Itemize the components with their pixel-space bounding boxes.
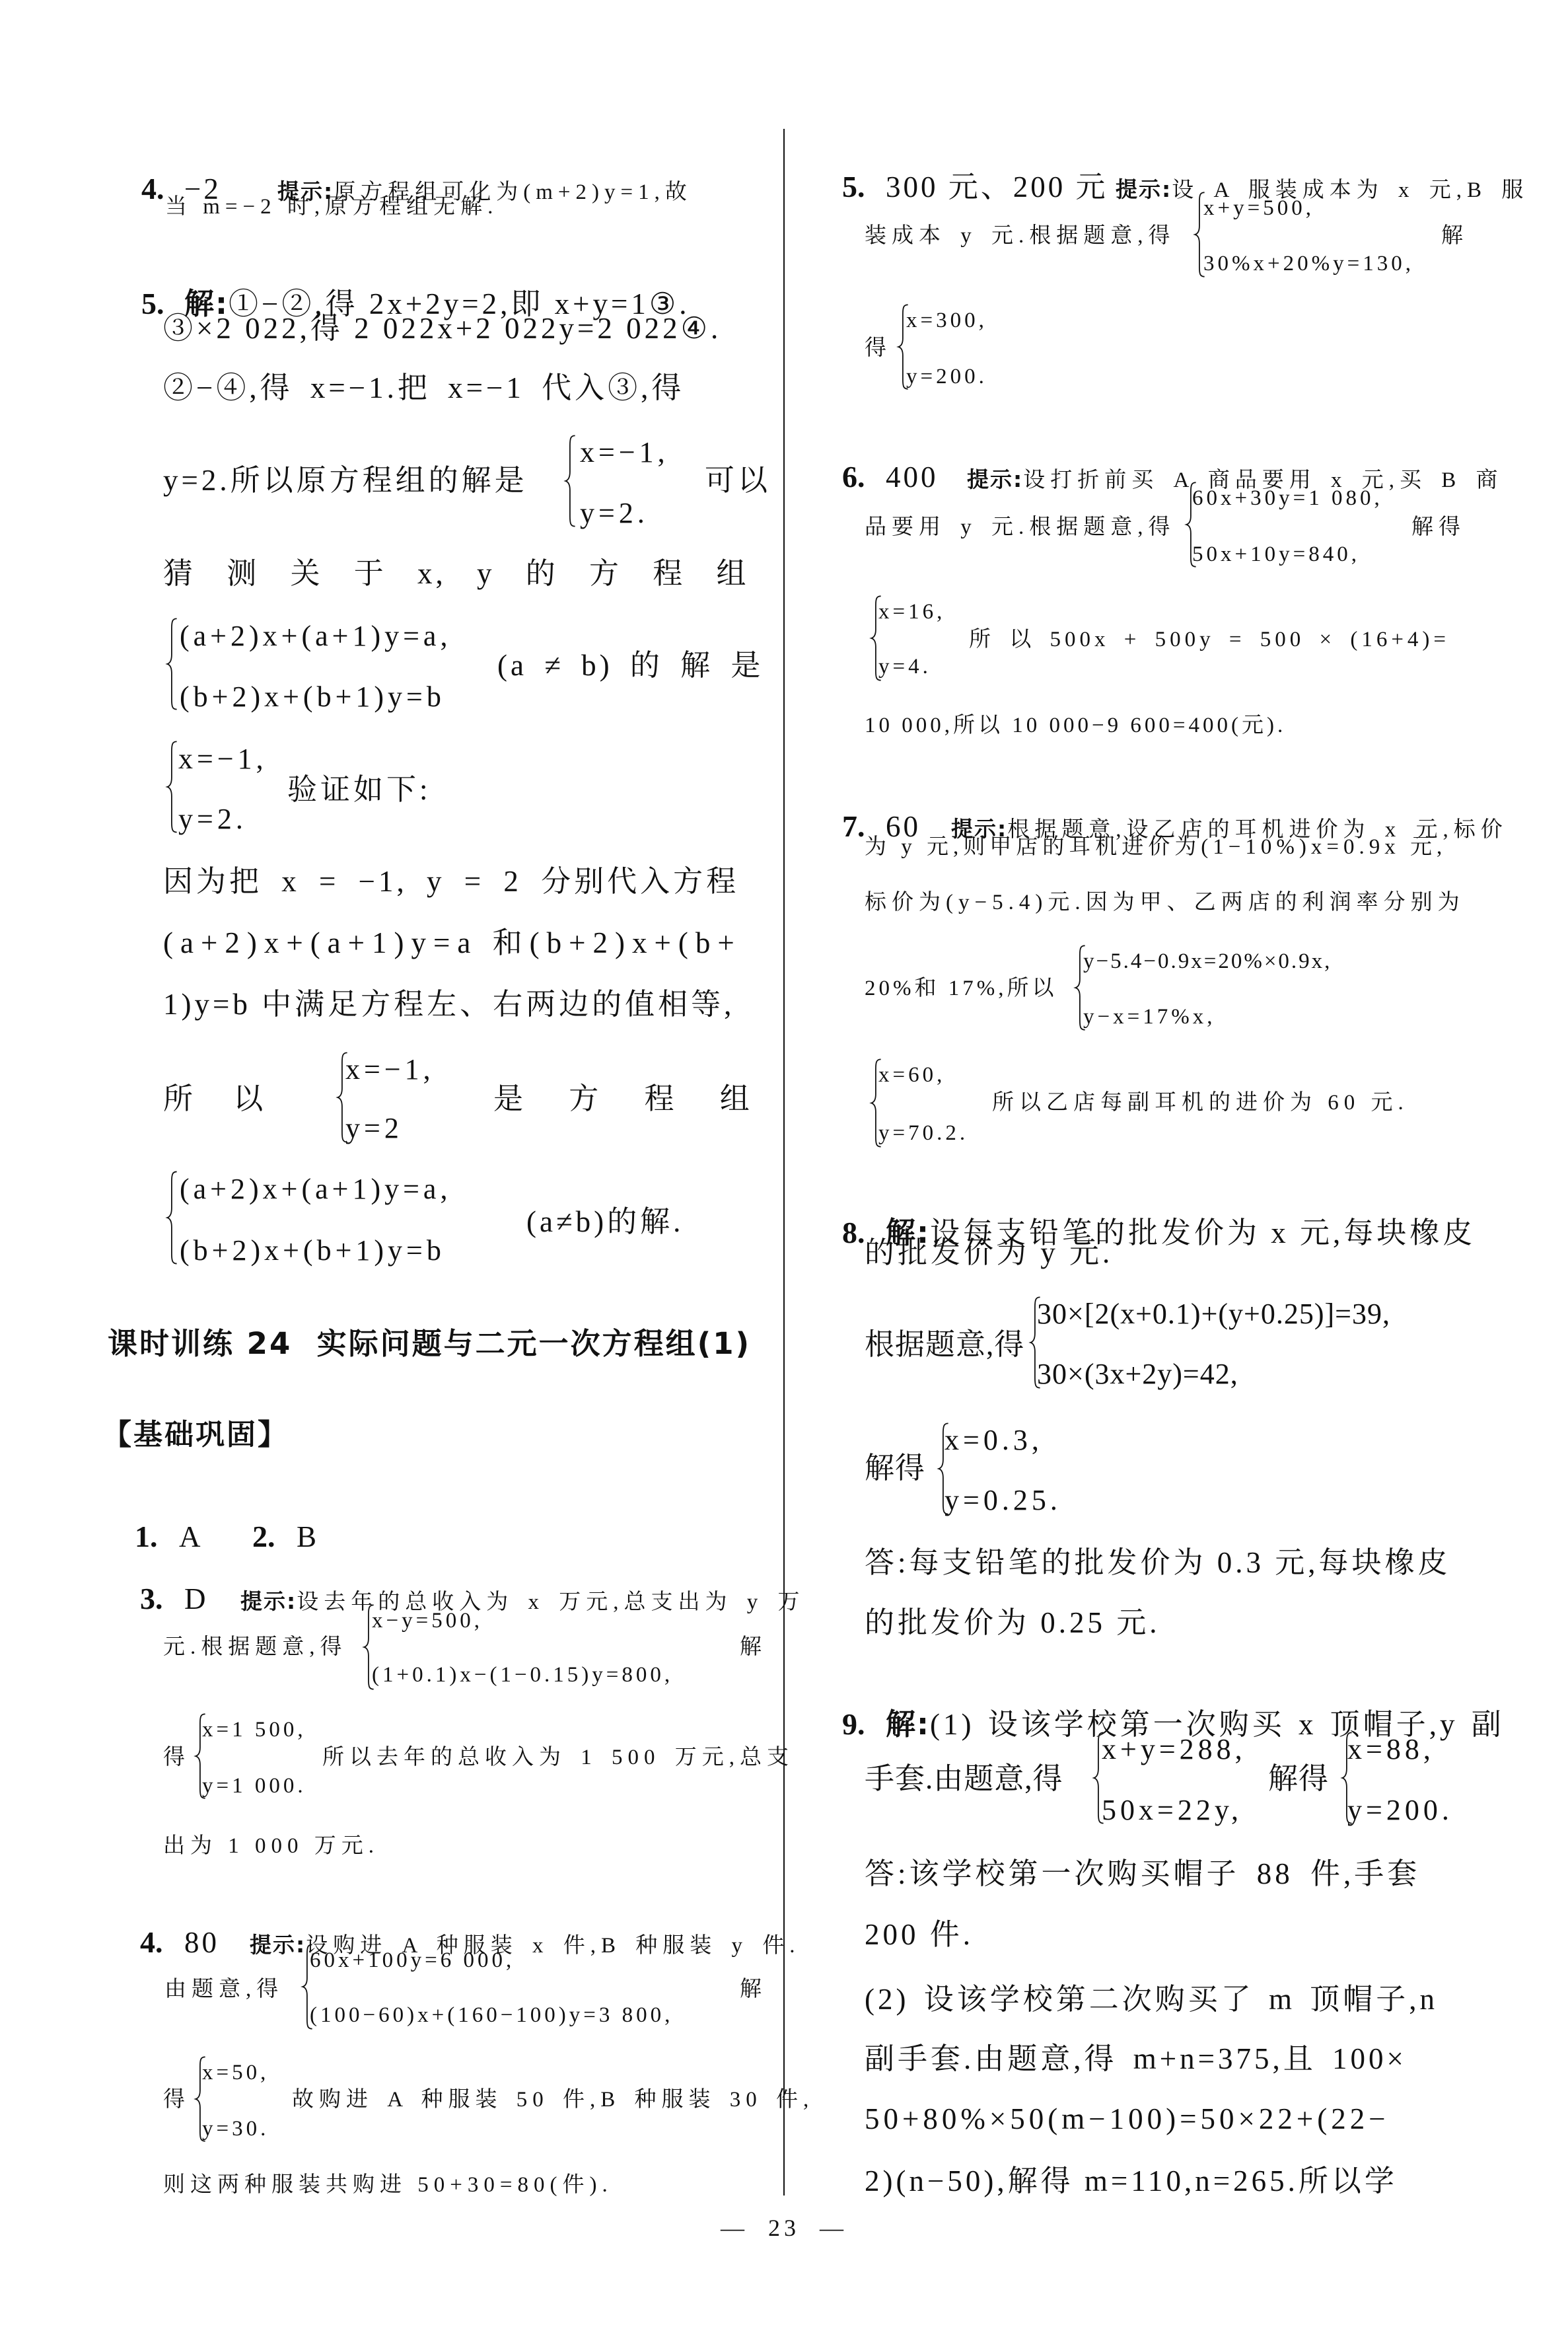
system-prefix: 得 xyxy=(865,328,892,368)
equation-2: y=200. xyxy=(906,357,987,396)
equation-2: y=2 xyxy=(345,1109,403,1148)
equation-1: (a+2)x+(a+1)y=a, xyxy=(180,616,451,656)
left-brace-icon xyxy=(165,1171,180,1265)
equation-1: x=300, xyxy=(906,301,987,340)
hint-label: 提示: xyxy=(1116,176,1172,202)
equation-2: y=70.2. xyxy=(878,1113,968,1153)
equation-1: x=−1, xyxy=(178,739,267,779)
equation-1: y−5.4−0.9x=20%×0.9x, xyxy=(1083,941,1332,981)
system-prefix: y=2.所以原方程组的解是 xyxy=(163,461,528,500)
system-prefix: 得 xyxy=(163,1738,190,1777)
question-number: 6. xyxy=(842,457,886,497)
equation-2: 30×(3x+2y)=42, xyxy=(1037,1354,1238,1394)
system-suffix: 所 以 500x + 500y = 500 × (16+4)= xyxy=(969,620,1450,659)
equation-2: (1+0.1)x−(1−0.15)y=800, xyxy=(372,1655,673,1695)
question-number: 4. xyxy=(140,1923,184,1962)
equation-2: (100−60)x+(160−100)y=3 800, xyxy=(310,1995,673,2035)
q7-line-1: 7.60提示:根据题意,设乙店的耳机进价为 x 元,标价 xyxy=(821,767,1508,807)
q9-part2-line-3: 50+80%×50(m−100)=50×22+(22− xyxy=(865,2099,1390,2139)
system-suffix: 解 xyxy=(1441,216,1468,256)
equation-2: y−x=17%x, xyxy=(1083,997,1215,1037)
page-number: — 23 — xyxy=(685,2208,883,2248)
equation-3: x=88, xyxy=(1347,1730,1435,1769)
equation-1: x=16, xyxy=(878,592,945,632)
equation-2: y=2. xyxy=(178,799,247,839)
system-suffix: 所以去年的总收入为 1 500 万元,总支 xyxy=(322,1738,794,1777)
system-prefix: 由题意,得 xyxy=(164,1970,283,2009)
left-brace-icon xyxy=(165,618,180,710)
question-number: 5. xyxy=(842,167,886,207)
answer: 300 元、200 元 xyxy=(886,167,1116,207)
q9-answer-2: 200 件. xyxy=(865,1915,974,1954)
system-prefix: 20%和 17%,所以 xyxy=(865,969,1057,1008)
q6-line-2: 10 000,所以 10 000−9 600=400(元). xyxy=(865,706,1286,745)
q9-part2-line-4: 2)(n−50),解得 m=110,n=265.所以学 xyxy=(865,2161,1398,2201)
answer-key-page: 4.−2提示:原方程组可化为(m+2)y=1,故 当 m=−2 时,原方程组无解… xyxy=(0,0,1568,2325)
equation-2: 50x=22y, xyxy=(1102,1790,1242,1830)
equation-1: x=1 500, xyxy=(202,1710,306,1750)
system-suffix: 解 xyxy=(740,1627,767,1667)
equation-2: (b+2)x+(b+1)y=b xyxy=(180,677,445,717)
system-prefix: 装成本 y 元.根据题意,得 xyxy=(865,216,1176,256)
q8-answer-1: 答:每支铅笔的批发价为 0.3 元,每块橡皮 xyxy=(865,1543,1451,1582)
equation-1: 60x+30y=1 080, xyxy=(1192,478,1383,518)
q5-line-3: ②−④,得 x=−1.把 x=−1 代入③,得 xyxy=(163,368,684,408)
equation-2: (b+2)x+(b+1)y=b xyxy=(180,1231,445,1271)
q5-line-5: 因为把 x = −1, y = 2 分别代入方程 xyxy=(163,862,739,901)
q7-line-2: 为 y 元,则甲店的耳机进价为(1−10%)x=0.9x 元, xyxy=(865,827,1446,867)
system-suffix: 解 xyxy=(740,1970,767,2009)
equation-1: x=−1, xyxy=(345,1050,435,1089)
q9-part2-line-2: 副手套.由题意,得 m+n=375,且 100× xyxy=(865,2039,1407,2079)
hint-label: 提示: xyxy=(240,1588,297,1614)
q5-line-7: 1)y=b 中满足方程左、右两边的值相等, xyxy=(163,984,734,1024)
solution-label: 解: xyxy=(886,1707,930,1742)
system-prefix: 解得 xyxy=(865,1448,925,1488)
equation-1: x+y=500, xyxy=(1203,188,1314,228)
q5-line-6: (a+2)x+(a+1)y=a 和(b+2)x+(b+ xyxy=(163,923,742,963)
q9-line-1: 9.解:(1) 设该学校第一次购买 x 顶帽子,y 副 xyxy=(821,1665,1505,1705)
q8-answer-2: 的批发价为 0.25 元. xyxy=(865,1603,1160,1642)
equation-2: y=30. xyxy=(202,2109,269,2149)
equation-2: y=4. xyxy=(878,647,931,686)
system-suffix: 可以 xyxy=(705,461,771,500)
system-suffix: (a ≠ b) 的 解 是 xyxy=(497,646,764,685)
equation-1: x=60, xyxy=(878,1055,945,1095)
equation-2: 30%x+20%y=130, xyxy=(1203,244,1414,283)
equation-1: x=−1, xyxy=(580,433,669,472)
left-brace-icon xyxy=(165,741,180,833)
equation-2: y=2. xyxy=(580,494,649,533)
equation-2: y=1 000. xyxy=(202,1766,306,1806)
b4-line-1: 4.80提示:设购进 A 种服装 x 件,B 种服装 y 件. xyxy=(119,1883,800,1923)
b3-line-2: 出为 1 000 万元. xyxy=(163,1826,379,1866)
equation-1: x=0.3, xyxy=(944,1421,1043,1460)
system-prefix: 品要用 y 元.根据题意,得 xyxy=(865,507,1176,547)
equation-4: y=200. xyxy=(1347,1790,1453,1830)
subsection-title: 【基础巩固】 xyxy=(102,1415,289,1455)
system-prefix: 所 以 xyxy=(163,1079,266,1119)
equation-1: (a+2)x+(a+1)y=a, xyxy=(180,1169,451,1209)
q5-line-2: ③×2 022,得 2 022x+2 022y=2 022④. xyxy=(163,309,721,348)
hint-label: 提示: xyxy=(250,1932,306,1958)
b4-line-2: 则这两种服装共购进 50+30=80(件). xyxy=(163,2165,613,2205)
q5-line-1: 5.解:①−②,得 2x+2y=2,即 x+y=1③. xyxy=(120,244,690,284)
q8-line-1: 8.解:设每支铅笔的批发价为 x 元,每块橡皮 xyxy=(821,1173,1476,1213)
answer: 400 xyxy=(886,457,967,497)
q8-line-2: 的批发价为 y 元. xyxy=(865,1233,1113,1273)
system-suffix: 所以乙店每副耳机的进价为 60 元. xyxy=(992,1083,1409,1123)
system-mid-text: 解得 xyxy=(1268,1759,1329,1798)
system-prefix: 根据题意,得 xyxy=(865,1325,1024,1364)
q6-line-1: 6.400提示:设打折前买 A 商品要用 x 元,买 B 商 xyxy=(821,418,1503,457)
hint-label: 提示: xyxy=(967,466,1023,492)
system-suffix: 验证如下: xyxy=(287,770,431,809)
b3-line-1: 3.D提示:设去年的总收入为 x 万元,总支出为 y 万 xyxy=(119,1539,804,1579)
section-title: 课时训练 24 实际问题与二元一次方程组(1) xyxy=(108,1324,751,1364)
questions-1-2: 1.A2.B xyxy=(119,1477,319,1517)
system-suffix: 解得 xyxy=(1411,507,1466,547)
system-prefix: 元.根据题意,得 xyxy=(163,1627,347,1667)
equation-1: 30×[2(x+0.1)+(y+0.25)]=39, xyxy=(1037,1294,1390,1334)
q7-line-3: 标价为(y−5.4)元.因为甲、乙两店的利润率分别为 xyxy=(865,883,1465,922)
q5-line-4: 猜 测 关 于 x, y 的 方 程 组 xyxy=(163,554,750,593)
equation-1: x+y=288, xyxy=(1102,1730,1246,1769)
equation-1: x=50, xyxy=(202,2053,269,2092)
system-suffix: 故购进 A 种服装 50 件,B 种服装 30 件, xyxy=(292,2080,814,2120)
system-prefix: 得 xyxy=(163,2080,190,2120)
r5-line-1: 5.300 元、200 元提示:设 A 服装成本为 x 元,B 服 xyxy=(821,128,1528,167)
q4-line-2: 当 m=−2 时,原方程组无解. xyxy=(165,187,498,227)
question-number: 9. xyxy=(842,1705,886,1744)
equation-1: x−y=500, xyxy=(372,1601,483,1641)
q4-line-1: 4.−2提示:原方程组可化为(m+2)y=1,故 xyxy=(120,129,692,169)
equation-2: 50x+10y=840, xyxy=(1192,535,1360,574)
system-suffix: 是 方 程 组 xyxy=(493,1079,753,1119)
equation-1: 60x+100y=6 000, xyxy=(310,1940,515,1980)
answer: D xyxy=(184,1579,240,1619)
left-brace-icon xyxy=(563,435,578,527)
q9-part2-line-1: (2) 设该学校第二次购买了 m 顶帽子,n xyxy=(865,1979,1438,2019)
system-prefix: 手套.由题意,得 xyxy=(865,1759,1063,1798)
q9-answer-1: 答:该学校第一次购买帽子 88 件,手套 xyxy=(865,1854,1420,1894)
answer: 80 xyxy=(184,1923,250,1962)
system-suffix: (a≠b)的解. xyxy=(526,1202,684,1241)
equation-2: y=0.25. xyxy=(944,1481,1061,1520)
question-number: 3. xyxy=(140,1579,184,1619)
